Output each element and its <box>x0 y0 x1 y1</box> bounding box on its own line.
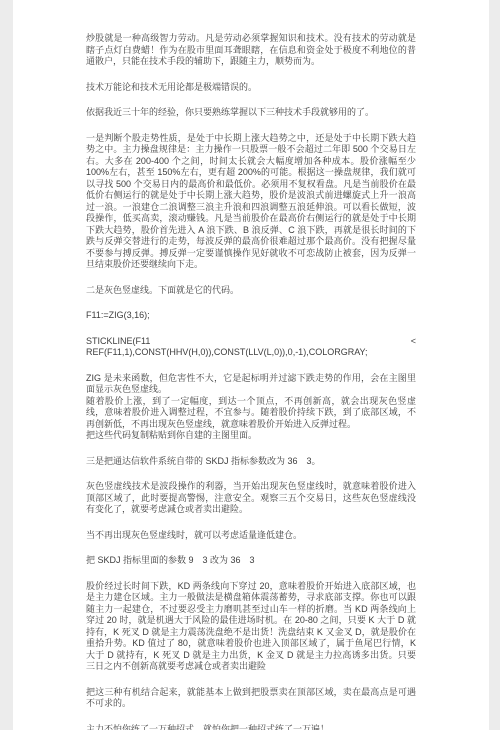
text-line: 二是灰色竖虚线。下面就是它的代码。 <box>86 285 416 297</box>
paragraph: STICKLINE(F11 < REF(F11,1),CONST(HHV(H,0… <box>86 336 416 359</box>
paragraph: F11:=ZIG(3,16); <box>86 310 416 322</box>
paragraph: 一是判断个股走势性质，是处于中长期上涨大趋势之中，还是处于中长期下跌大趋势之中。… <box>86 133 416 271</box>
text-line: 把 SKDJ 指标里面的参数 9 3 改为 36 3 <box>86 555 416 567</box>
text-line: 把这三种有机结合起来，就能基本上做到把股票卖在顶部区域，卖在最高点是可遇不可求的… <box>86 687 416 710</box>
paragraph: 股价经过长时间下跌，KD 两条线向下穿过 20，意味着股价开始进入底部区域，也是… <box>86 581 416 673</box>
paragraph: 当不再出现灰色竖虚线时，就可以考虑适量逢低建仓。 <box>86 530 416 542</box>
article-body: 炒股就是一种高级智力劳动。凡是劳动必须掌握知识和技术。没有技术的劳动就是瞎子点灯… <box>86 0 416 730</box>
paragraph: 技术万能论和技术无用论都是极端错误的。 <box>86 82 416 94</box>
paragraph: 依据我近三十年的经验，你只要熟练掌握以下三种技术手段就够用的了。 <box>86 107 416 119</box>
text-line: 三是把通达信软件系统自带的 SKDJ 指标参数改为 36 3。 <box>86 456 416 468</box>
text-line: F11:=ZIG(3,16); <box>86 310 416 322</box>
paragraph: 二是灰色竖虚线。下面就是它的代码。 <box>86 285 416 297</box>
paragraph: 主力不怕你练了一万种招式，就怕你把一种招式练了一万遍！ <box>86 724 416 730</box>
text-line: STICKLINE(F11 < REF(F11,1),CONST(HHV(H,0… <box>86 336 416 359</box>
text-line: 把这些代码复制粘贴到你自建的主图里面。 <box>86 430 416 442</box>
text-line: 依据我近三十年的经验，你只要熟练掌握以下三种技术手段就够用的了。 <box>86 107 416 119</box>
text-line: 股价经过长时间下跌，KD 两条线向下穿过 20，意味着股价开始进入底部区域，也是… <box>86 581 416 673</box>
text-line: 灰色竖虚线技术是波段操作的利器，当开始出现灰色竖虚线时，就意味着股价进入顶部区域… <box>86 481 416 516</box>
text-line: 一是判断个股走势性质，是处于中长期上涨大趋势之中，还是处于中长期下跌大趋势之中。… <box>86 133 416 271</box>
text-line: 炒股就是一种高级智力劳动。凡是劳动必须掌握知识和技术。没有技术的劳动就是瞎子点灯… <box>86 33 416 68</box>
text-line: 主力不怕你练了一万种招式，就怕你把一种招式练了一万遍！ <box>86 724 416 730</box>
text-line: 随着股价上涨，到了一定幅度，到达一个顶点，不再创新高，就会出现灰色竖虚线，意味着… <box>86 396 416 431</box>
text-line: 当不再出现灰色竖虚线时，就可以考虑适量逢低建仓。 <box>86 530 416 542</box>
paragraph: ZIG 是未来函数，但危害性不大，它是起标明并过滤下跌走势的作用，会在主图里面显… <box>86 373 416 442</box>
paragraph: 三是把通达信软件系统自带的 SKDJ 指标参数改为 36 3。 <box>86 456 416 468</box>
text-line: 技术万能论和技术无用论都是极端错误的。 <box>86 82 416 94</box>
paragraph: 把 SKDJ 指标里面的参数 9 3 改为 36 3 <box>86 555 416 567</box>
paragraph: 灰色竖虚线技术是波段操作的利器，当开始出现灰色竖虚线时，就意味着股价进入顶部区域… <box>86 481 416 516</box>
paragraph: 把这三种有机结合起来，就能基本上做到把股票卖在顶部区域，卖在最高点是可遇不可求的… <box>86 687 416 710</box>
document-page: 炒股就是一种高级智力劳动。凡是劳动必须掌握知识和技术。没有技术的劳动就是瞎子点灯… <box>13 0 489 730</box>
text-line: ZIG 是未来函数，但危害性不大，它是起标明并过滤下跌走势的作用，会在主图里面显… <box>86 373 416 396</box>
paragraph: 炒股就是一种高级智力劳动。凡是劳动必须掌握知识和技术。没有技术的劳动就是瞎子点灯… <box>86 33 416 68</box>
